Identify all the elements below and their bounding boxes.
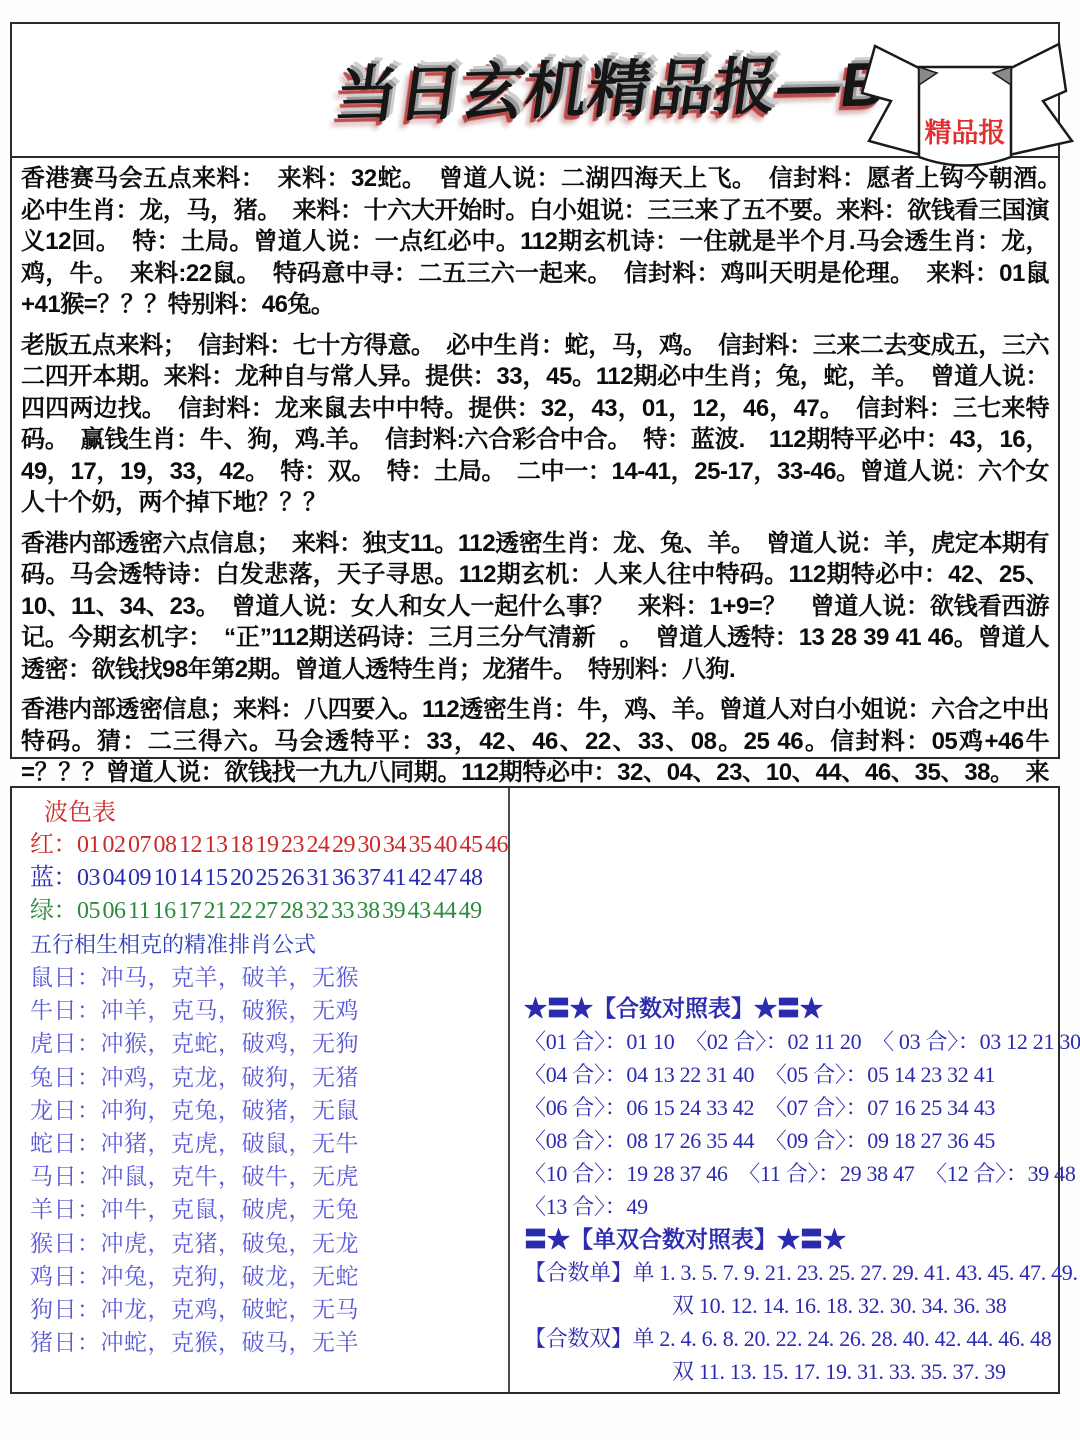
newspaper-page: 当日玄机精品报—B 精品报 香港赛马会五点来料： 来料：32蛇。 曾道人说：二湖…	[0, 0, 1080, 1440]
zodiac-rule-ox: 牛日：冲羊，克马，破猴，无鸡	[30, 994, 508, 1027]
green-numbers-row: 绿：05 06 11 16 17 21 22 27 28 32 33 38 39…	[30, 895, 508, 928]
sum-table-title: ★〓★【合数对照表】★〓★	[524, 992, 1080, 1025]
zodiac-rule-rabbit: 兔日：冲鸡，克龙，破狗，无猪	[30, 1061, 508, 1094]
five-elements-formula-title: 五行相生相克的精准排肖公式	[30, 928, 508, 961]
wave-color-column: 波色表 红：01 02 07 08 12 13 18 19 23 24 29 3…	[12, 788, 510, 1392]
main-report-box: 当日玄机精品报—B 精品报 香港赛马会五点来料： 来料：32蛇。 曾道人说：二湖…	[10, 22, 1060, 759]
odd-even-sum-table-title: 〓★【单双合数对照表】★〓★	[524, 1223, 1080, 1256]
wave-color-table-title: 波色表	[30, 796, 508, 829]
odd-sum-row-even-part: 双 10. 12. 14. 16. 18. 32. 30. 34. 36. 38	[524, 1289, 1080, 1322]
zodiac-rule-rooster: 鸡日：冲兔，克狗，破龙，无蛇	[30, 1260, 508, 1293]
tips-paragraph-3: 香港内部透密六点信息； 来料：独支11。112透密生肖：龙、兔、羊。 曾道人说：…	[21, 528, 1049, 686]
tips-paragraph-2: 老版五点来料； 信封料：七十方得意。 必中生肖：蛇，马，鸡。 信封料：三来二去变…	[21, 330, 1049, 519]
sum-table-row: 〈08 合〉：08 17 26 35 44 〈09 合〉：09 18 27 36…	[524, 1124, 1080, 1157]
red-numbers: 01 02 07 08 12 13 18 19 23 24 29 30 34 3…	[77, 832, 508, 858]
tips-text-section: 香港赛马会五点来料： 来料：32蛇。 曾道人说：二湖四海天上飞。 信封料：愿者上…	[12, 158, 1058, 852]
zodiac-rule-horse: 马日：冲鼠，克牛，破牛，无虎	[30, 1160, 508, 1193]
zodiac-rule-goat: 羊日：冲牛，克鼠，破虎，无兔	[30, 1193, 508, 1226]
zodiac-rule-dog: 狗日：冲龙，克鸡，破蛇，无马	[30, 1293, 508, 1326]
green-numbers: 05 06 11 16 17 21 22 27 28 32 33 38 39 4…	[77, 898, 482, 924]
sum-table-row: 〈06 合〉：06 15 24 33 42 〈07 合〉：07 16 25 34…	[524, 1091, 1080, 1124]
reference-tables-box: 波色表 红：01 02 07 08 12 13 18 19 23 24 29 3…	[10, 786, 1060, 1394]
blue-numbers: 03 04 09 10 14 15 20 25 26 31 36 37 41 4…	[77, 865, 483, 891]
odd-sum-row: 【合数单】单 1. 3. 5. 7. 9. 21. 23. 25. 27. 29…	[524, 1256, 1080, 1289]
zodiac-rule-snake: 蛇日：冲猪，克虎，破鼠，无牛	[30, 1127, 508, 1160]
sum-table-row: 〈10 合〉：19 28 37 46 〈11 合〉：29 38 47 〈12 合…	[524, 1157, 1080, 1190]
sum-table-row: 〈04 合〉：04 13 22 31 40 〈05 合〉：05 14 23 32…	[524, 1058, 1080, 1091]
zodiac-rule-rat: 鼠日：冲马，克羊，破羊，无猴	[30, 961, 508, 994]
ribbon-badge: 精品报	[857, 38, 1077, 183]
green-label: 绿：	[30, 898, 77, 924]
zodiac-rule-monkey: 猴日：冲虎，克猪，破兔，无龙	[30, 1227, 508, 1260]
red-label: 红：	[30, 832, 77, 858]
tips-paragraph-1: 香港赛马会五点来料： 来料：32蛇。 曾道人说：二湖四海天上飞。 信封料：愿者上…	[21, 163, 1049, 321]
blue-numbers-row: 蓝：03 04 09 10 14 15 20 25 26 31 36 37 41…	[30, 862, 508, 895]
page-title: 当日玄机精品报—B	[325, 34, 899, 135]
sum-table-row: 〈13 合〉：49	[524, 1190, 1080, 1223]
sum-table-row: 〈01 合〉：01 10 〈02 合〉：02 11 20 〈 03 合〉：03 …	[524, 1025, 1080, 1058]
even-sum-row: 【合数双】单 2. 4. 6. 8. 20. 22. 24. 26. 28. 4…	[524, 1322, 1080, 1355]
red-numbers-row: 红：01 02 07 08 12 13 18 19 23 24 29 30 34…	[30, 829, 508, 862]
ribbon-badge-label: 精品报	[925, 117, 1006, 148]
zodiac-rule-tiger: 虎日：冲猴，克蛇，破鸡，无狗	[30, 1027, 508, 1060]
masthead: 当日玄机精品报—B 精品报	[12, 24, 1058, 158]
blue-label: 蓝：	[30, 865, 77, 891]
ribbon-icon: 精品报	[857, 38, 1077, 183]
zodiac-rule-dragon: 龙日：冲狗，克兔，破猪，无鼠	[30, 1094, 508, 1127]
even-sum-row-even-part: 双 11. 13. 15. 17. 19. 31. 33. 35. 37. 39	[524, 1355, 1080, 1388]
zodiac-rule-pig: 猪日：冲蛇，克猴，破马，无羊	[30, 1326, 508, 1359]
sum-table-column: ★〓★【合数对照表】★〓★ 〈01 合〉：01 10 〈02 合〉：02 11 …	[510, 788, 1080, 1392]
